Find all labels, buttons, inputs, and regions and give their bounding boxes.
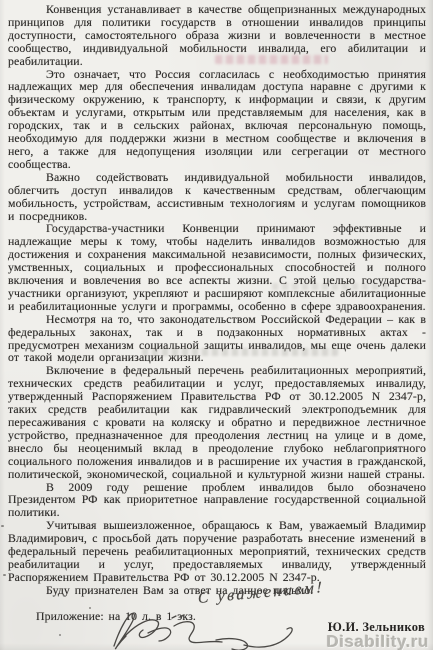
paragraph-russia-obligations: Это означает, что Россия согласилась с н…	[8, 68, 426, 171]
paragraph-request: Учитывая вышеизложенное, обращаюсь к Вам…	[8, 519, 426, 584]
paragraph-mobility-support: Важно содействовать индивидуальной мобил…	[8, 171, 426, 223]
scan-speck	[59, 634, 61, 636]
scanned-letter-page: Конвенция устанавливает в качестве общеп…	[0, 0, 433, 650]
site-watermark: Disability.ru	[326, 632, 429, 650]
scan-speck	[1, 525, 4, 527]
paragraph-president-priority: В 2009 году решение проблем инвалидов бы…	[8, 481, 426, 520]
paragraph-legislation-gap: Несмотря на то, что законодательством Ро…	[8, 313, 426, 365]
scan-speck	[3, 574, 6, 576]
paragraph-federal-list-proposal: Включение в федеральный перечень реабили…	[8, 364, 426, 480]
signature-scribble	[104, 604, 314, 650]
paragraph-state-parties-measures: Государства-участники Конвенции принимаю…	[8, 222, 426, 312]
paragraph-convention-principles: Конвенция устанавливает в качестве общеп…	[8, 3, 426, 68]
letter-body: Конвенция устанавливает в качестве общеп…	[8, 3, 426, 623]
